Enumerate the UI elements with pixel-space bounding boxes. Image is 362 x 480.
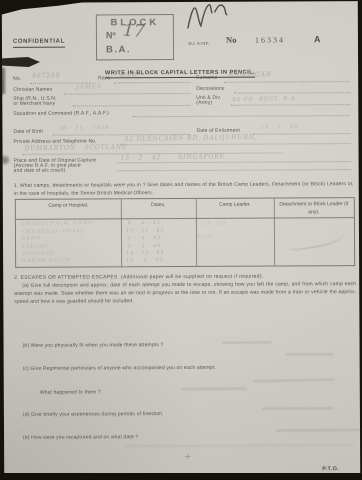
question-2b: (b) Were you physically fit when you mad… [23,342,164,349]
service-number-value: 967209 [32,72,60,79]
dotted-rule [132,114,350,117]
pencil-smudge [276,429,361,431]
dotted-rule [64,92,190,95]
private-address-value-line2: DUMBARTON SCOTLAND [24,144,127,153]
service-number-label: No. [13,76,21,82]
pencil-smudge [254,379,334,383]
ref-serial: 16334 [255,35,285,44]
pto-label: P.T.O. [322,466,339,472]
stamp-suffix: B.A. [106,44,131,55]
christian-names-value: JAMES [76,83,102,90]
private-address-value-line1: 32 GLENCAIRN RD, DALQUHURN, [124,134,257,143]
date-entry: 15 - 6 - 45 [126,258,163,264]
camp-entry: CHANGI P.O.W. CAMP [22,221,92,227]
dotted-rule [252,132,350,135]
photo-background: BLOCK Nº 17 B.A. CONFIDENTIAL M.I. 9/JAP… [0,0,362,480]
date-entry: 5 - 1 - 44 [128,243,161,249]
dotted-rule [230,103,350,106]
camp-entry: TARSAO [22,244,48,249]
question-2c: (c) Give Regimental particulars of anyon… [23,365,216,372]
surname-label: Surname [196,75,217,81]
pencil-stroke [287,228,345,251]
photo-edge-shadow [0,68,5,94]
date-entry: 13 - 11 - 42 [126,228,165,234]
decorations-label: Decorations [196,86,224,92]
date-of-birth-value: 16 - 11 - 1918 [58,125,109,132]
camp-entry: CHUNGKAI (SIAM) [22,229,86,235]
camps-table: Camp or Hospital. Dates. Camp Leader. De… [15,197,355,268]
document-page: BLOCK Nº 17 B.A. CONFIDENTIAL M.I. 9/JAP… [2,1,360,475]
dotted-rule [72,104,190,107]
camp-leader-entry: Major [196,235,215,240]
unit-value: 88 FD. REGT. R.A. [232,96,298,103]
date-entry: 1 - 1 - 43 [128,236,161,242]
pencil-scribble [182,1,250,31]
camp-entry: KANU [22,237,41,242]
ref-no-label: No [226,35,237,45]
pencil-smudge [222,342,272,344]
dotted-rule [118,168,351,171]
capture-label-line3: and date of a/c crash) [14,168,66,174]
pencil-smudge [286,353,334,355]
block-stamp: BLOCK Nº 17 B.A. [96,14,174,60]
question-2d: (d) Give briefly your experiences during… [23,411,164,418]
christian-names-label: Christian Names [13,87,52,93]
question-1-heading: 1. What camps, detachments or hospitals … [14,180,354,198]
dotted-rule [114,81,190,83]
dotted-rule [224,80,350,83]
dotted-rule [121,142,351,145]
squadron-label: Squadron and Command (R.A.F., A.A.F.) [13,110,109,117]
date-entry: 14 - 12 - 44 [126,251,165,257]
camp-entry: TAMUANG [22,251,55,257]
question-2a: (a) Give full description and approx. da… [14,280,356,306]
photo-bottom-edge [0,473,362,480]
stamp-block-number: 17 [122,21,145,42]
date-of-enlistment-value: 15 - 1 - 40 [260,124,298,131]
question-2c-followup: What happened to them ? [40,389,101,395]
header-camp-or-hospital: Camp or Hospital. [16,199,121,218]
question-2e: (e) How were you recaptured and on what … [23,434,138,441]
pencil-smudge [182,388,247,390]
pencil-smudge [124,444,354,447]
camp-entry: NAKOM PATON [22,258,71,264]
rank-label: Rank [98,75,110,81]
dotted-rule [118,160,351,163]
stamp-no-label: Nº [106,30,116,40]
date-of-enlistment-label: Date of Enlistment [196,128,240,134]
header-camp-leader: Camp Leader. [196,199,274,217]
date-of-birth-label: Date of Birth [13,129,43,135]
pencil-smudge [262,407,334,409]
ship-label-line2: or Merchant Navy [13,101,55,107]
pencil-cross-mark [185,454,190,459]
date-entry: 8 - 8 - 42 [128,221,161,227]
photo-edge-mark [0,156,9,164]
rank-value: GNR [120,72,137,79]
ref-prefix: M.I. 9/JAP/ [188,41,210,46]
confidential-label: CONFIDENTIAL [13,39,65,48]
ref-series: A [314,34,321,44]
dotted-rule [234,91,350,94]
unit-label-line2: (Army) [196,100,212,106]
header-detachment-leader: Detachment or Block Leader (if any). [274,198,354,216]
camps-table-header: Camp or Hospital. Dates. Camp Leader. De… [16,198,354,218]
header-dates: Dates. [121,199,196,217]
surname-value: HANNIGAN [228,71,272,79]
camp-leader-entry: Lt. Col. [204,222,229,227]
